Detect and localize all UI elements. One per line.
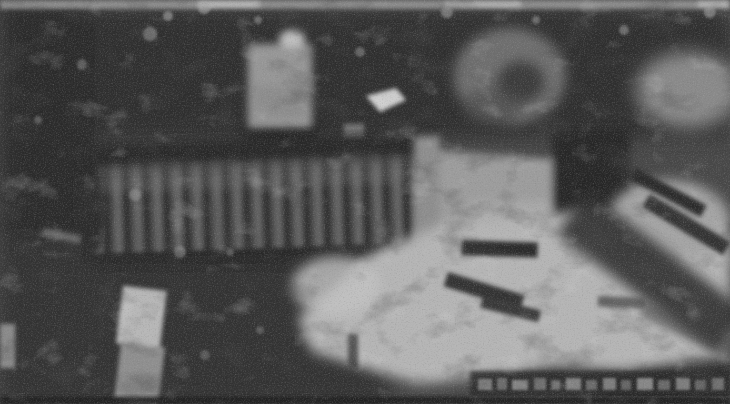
grain-dark-overlay <box>0 0 730 404</box>
photograph <box>0 0 730 404</box>
grain-overlays <box>0 0 730 404</box>
photo-canvas <box>0 0 730 404</box>
